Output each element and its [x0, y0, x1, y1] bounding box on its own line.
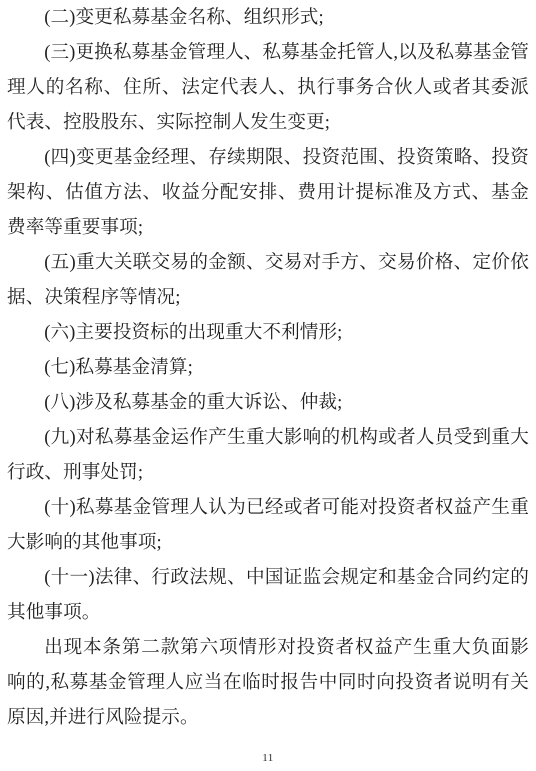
clause-item-9: (九)对私募基金运作产生重大影响的机构或者人员受到重大行政、刑事处罚; — [7, 420, 529, 490]
clause-item-5: (五)重大关联交易的金额、交易对手方、交易价格、定价依据、决策程序等情况; — [7, 245, 529, 315]
document-body: (二)变更私募基金名称、组织形式; (三)更换私募基金管理人、私募基金托管人,以… — [7, 0, 529, 735]
clause-item-6: (六)主要投资标的出现重大不利情形; — [7, 315, 529, 350]
page-number: 11 — [0, 752, 536, 764]
clause-item-2: (二)变更私募基金名称、组织形式; — [7, 0, 529, 35]
clause-item-4: (四)变更基金经理、存续期限、投资范围、投资策略、投资架构、估值方法、收益分配安… — [7, 140, 529, 245]
clause-item-8: (八)涉及私募基金的重大诉讼、仲裁; — [7, 385, 529, 420]
clause-item-11: (十一)法律、行政法规、中国证监会规定和基金合同约定的其他事项。 — [7, 560, 529, 630]
clause-item-7: (七)私募基金清算; — [7, 350, 529, 385]
clause-item-10: (十)私募基金管理人认为已经或者可能对投资者权益产生重大影响的其他事项; — [7, 490, 529, 560]
document-page: (二)变更私募基金名称、组织形式; (三)更换私募基金管理人、私募基金托管人,以… — [0, 0, 536, 771]
clause-item-3: (三)更换私募基金管理人、私募基金托管人,以及私募基金管理人的名称、住所、法定代… — [7, 35, 529, 140]
closing-paragraph: 出现本条第二款第六项情形对投资者权益产生重大负面影响的,私募基金管理人应当在临时… — [7, 630, 529, 735]
